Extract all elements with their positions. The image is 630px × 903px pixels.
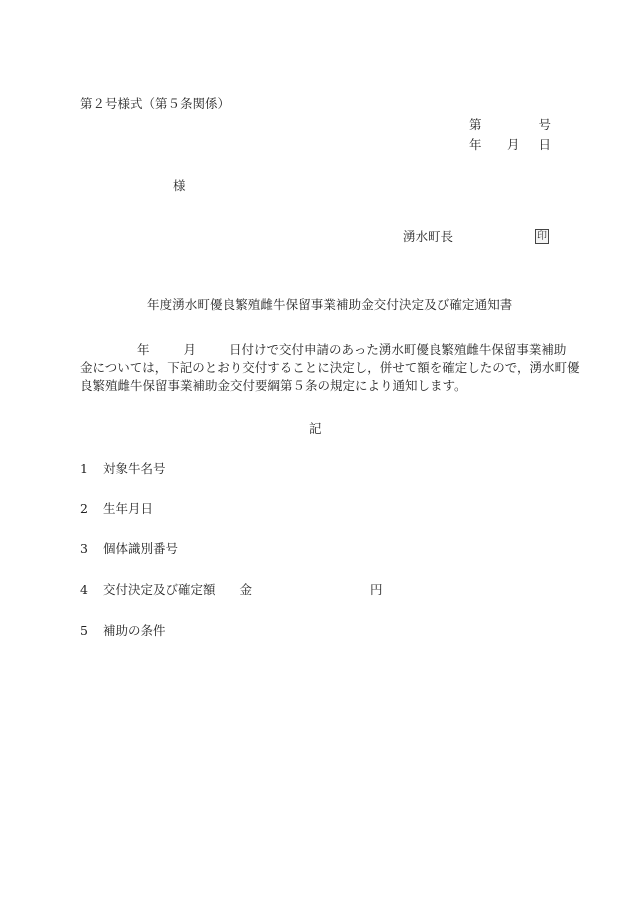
item-label: 個体識別番号	[103, 541, 178, 556]
body-month-label: 月	[184, 341, 197, 359]
item-number: 1	[80, 463, 103, 476]
list-item: 3個体識別番号	[80, 543, 178, 556]
issue-date: 年 月 日	[469, 139, 551, 153]
amount-suffix: 円	[370, 584, 383, 597]
doc-number-prefix: 第	[469, 119, 482, 132]
form-number: 第２号様式（第５条関係）	[80, 98, 230, 111]
addressee-honorific: 様	[173, 180, 186, 193]
item-label: 生年月日	[103, 501, 153, 516]
list-item: 2生年月日	[80, 503, 153, 516]
item-label: 対象牛名号	[103, 461, 166, 476]
item-number: 3	[80, 543, 103, 556]
body-paragraph: 年月日付けで交付申請のあった湧水町優良繁殖雌牛保留事業補助 金については，下記の…	[80, 341, 552, 395]
date-month-label: 月	[507, 139, 520, 152]
ki-heading: 記	[309, 423, 322, 436]
item-label: 交付決定及び確定額	[103, 582, 216, 597]
doc-number-suffix: 号	[538, 119, 551, 132]
body-line-1-text: 日付けで交付申請のあった湧水町優良繁殖雌牛保留事業補助	[229, 341, 566, 359]
document-title: 年度湧水町優良繁殖雌牛保留事業補助金交付決定及び確定通知書	[147, 299, 512, 312]
body-year-label: 年	[137, 341, 150, 359]
list-item: 1対象牛名号	[80, 463, 166, 476]
amount-prefix: 金	[240, 584, 253, 597]
date-year-label: 年	[469, 139, 482, 152]
date-day-label: 日	[538, 139, 551, 152]
list-item: 5補助の条件	[80, 625, 166, 638]
seal-icon: 印	[535, 229, 549, 244]
item-number: 2	[80, 503, 103, 516]
item-label: 補助の条件	[103, 623, 166, 638]
body-line-1: 年月日付けで交付申請のあった湧水町優良繁殖雌牛保留事業補助	[80, 341, 552, 359]
body-line-2: 金については，下記のとおり交付することに決定し，併せて額を確定したので，湧水町優	[80, 359, 552, 377]
document-number: 第 号	[469, 119, 551, 133]
item-number: 4	[80, 584, 103, 597]
issuer-name: 湧水町長	[403, 231, 453, 244]
body-line-3: 良繁殖雌牛保留事業補助金交付要綱第５条の規定により通知します。	[80, 377, 552, 395]
list-item: 4交付決定及び確定額金円	[80, 584, 383, 597]
item-number: 5	[80, 625, 103, 638]
